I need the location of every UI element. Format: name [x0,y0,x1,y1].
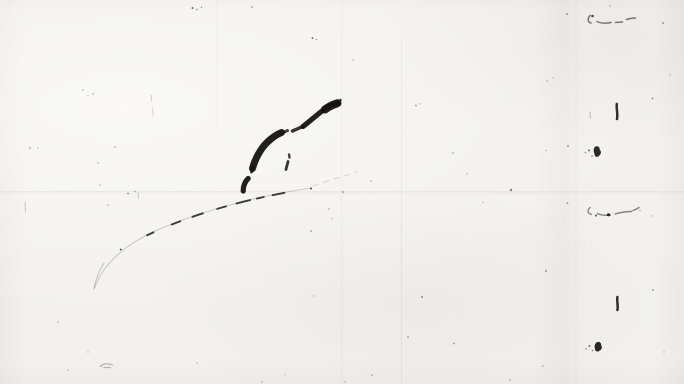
dust-speck [339,99,341,101]
dust-speck [662,22,664,24]
dust-speck [466,173,467,174]
dust-speck [201,7,202,8]
vertical-dash-top [617,104,618,119]
ink-colon-bottom [286,162,288,170]
ink-stroke-upper-tip [325,103,338,109]
dust-speck [196,362,197,363]
dust-speck [453,343,455,345]
dust-speck [67,369,68,370]
scratch-continuation-faint [313,172,357,186]
film-frame [0,0,684,384]
dust-speck [87,95,89,97]
dust-speck [669,74,670,75]
dust-speck [585,348,587,350]
right-squiggle-mid [588,208,639,216]
dust-speck [589,345,591,347]
ink-colon-top [289,155,290,158]
dust-speck [251,6,253,8]
dust-speck [284,374,285,375]
left-faint-dash-c [25,202,26,212]
ink-stroke-main [253,133,282,169]
dust-speck [344,381,345,382]
dust-speck [419,103,420,104]
dust-speck [371,374,373,376]
dust-speck [415,105,417,107]
dust-speck [407,336,409,338]
dust-speck [421,296,423,298]
dust-speck [313,295,314,296]
left-faint-dash-a [151,95,152,101]
ink-blob-upper [594,146,601,157]
dust-speck [567,145,569,147]
dust-speck [29,147,31,149]
dust-speck [370,180,372,182]
dust-speck [567,202,569,204]
bottom-faint-squiggle [100,364,113,368]
dust-speck [552,77,553,78]
scratch-arc-base [95,188,312,288]
dust-speck [510,189,512,191]
dust-speck [545,270,547,272]
dust-speck [607,213,610,216]
dust-speck [97,162,99,164]
dust-speck [651,215,652,216]
dust-speck [310,230,312,232]
dust-speck [82,89,84,91]
vertical-dash-bottom [617,297,618,310]
dust-speck [37,147,38,148]
dust-speck [588,150,590,152]
dust-speck [585,152,587,154]
right-squiggle-top [588,16,635,24]
dust-speck [452,152,454,154]
ink-stroke-main-tail [252,167,254,172]
dust-speck [591,155,593,157]
dust-speck [328,208,330,210]
dust-speck [114,146,117,149]
dust-speck [591,15,594,18]
dust-speck [652,98,654,100]
dust-speck [312,37,314,39]
dust-speck [542,365,544,367]
dust-speck [261,381,263,383]
dust-speck [609,5,610,6]
right-faint-dash [590,112,591,118]
scratch-arc-dashes [104,189,311,264]
dust-speck [99,184,100,185]
dust-speck [592,350,594,352]
dust-speck [331,218,332,219]
ink-blob-lower [595,342,602,352]
dust-speck [192,7,194,9]
dust-speck [482,202,483,203]
ink-marks-layer [0,0,684,384]
dust-speck [196,9,198,11]
left-faint-dash-d [138,193,139,199]
dust-speck [652,289,654,291]
dust-speck [342,191,344,193]
ink-comma-blob [243,179,248,192]
left-faint-dash-b [153,108,154,116]
dust-speck [546,80,548,82]
dust-speck [127,193,129,195]
dust-speck [545,150,546,151]
dust-speck [87,351,88,352]
dust-speck [663,351,664,352]
dust-speck [639,210,641,212]
dust-speck [595,214,597,216]
dust-speck [566,13,568,15]
dust-speck [316,39,317,40]
dust-speck [352,59,354,61]
dust-speck [509,379,511,381]
dust-speck [57,321,59,323]
dust-speck [107,204,109,206]
dust-speck [134,191,135,192]
dust-speck [92,93,94,95]
